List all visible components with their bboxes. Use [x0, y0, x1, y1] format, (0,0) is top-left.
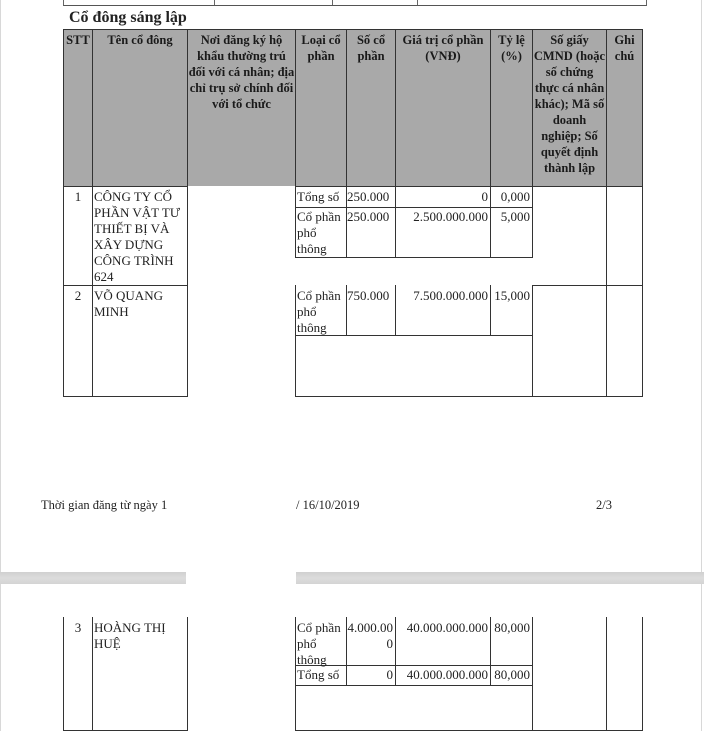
row-id-number	[532, 186, 607, 286]
header-stt: STT	[63, 29, 93, 187]
share-count: 4.000.000	[346, 617, 396, 666]
redacted-address-column	[188, 584, 295, 731]
share-ratio: 80,000	[490, 617, 533, 666]
row-id-number	[532, 285, 607, 397]
redacted-address-column	[188, 186, 295, 398]
header-address: Nơi đăng ký hộ khẩu thường trú đối với c…	[187, 29, 296, 187]
share-value: 0	[395, 186, 491, 208]
row-filler	[295, 685, 533, 731]
page-number: 2/3	[596, 498, 612, 513]
share-value: 2.500.000.000	[395, 207, 491, 258]
header-share-value: Giá trị cổ phần (VNĐ)	[395, 29, 491, 187]
header-id-number: Số giấy CMND (hoặc số chứng thực cá nhân…	[532, 29, 607, 187]
share-count: 250.000	[346, 207, 396, 258]
share-type: Tổng số	[295, 665, 347, 686]
previous-table-remnant	[63, 0, 647, 6]
page-border-right	[701, 0, 702, 731]
row-stt: 2	[63, 285, 93, 397]
page-separator	[296, 572, 704, 584]
header-note: Ghi chú	[606, 29, 643, 187]
share-value: 7.500.000.000	[395, 285, 491, 336]
row-shareholder-name: HOÀNG THỊ HUỆ	[92, 617, 188, 731]
share-ratio: 15,000	[490, 285, 533, 336]
share-type: Cổ phần phổ thông	[295, 617, 347, 666]
footer-posting-period: Thời gian đăng từ ngày 1	[41, 498, 167, 513]
share-count: 750.000	[346, 285, 396, 336]
row-stt: 3	[63, 617, 93, 731]
header-shareholder-name: Tên cổ đông	[92, 29, 188, 187]
share-value: 40.000.000.000	[395, 665, 491, 686]
footer-date: / 16/10/2019	[296, 498, 360, 513]
row-stt: 1	[63, 186, 93, 286]
share-type: Cổ phần phổ thông	[295, 285, 347, 336]
page-separator	[0, 572, 186, 584]
share-count: 0	[346, 665, 396, 686]
share-value: 40.000.000.000	[395, 617, 491, 666]
share-type: Cổ phần phổ thông	[295, 207, 347, 258]
row-shareholder-name: CÔNG TY CỔ PHẦN VẬT TƯ THIẾT BỊ VÀ XÂY D…	[92, 186, 188, 286]
row-filler	[295, 335, 533, 397]
header-ratio: Tỷ lệ (%)	[490, 29, 533, 187]
share-ratio: 80,000	[490, 665, 533, 686]
section-title: Cổ đông sáng lập	[69, 9, 187, 27]
page-border-left	[0, 0, 1, 731]
header-share-count: Số cổ phần	[346, 29, 396, 187]
row-shareholder-name: VÕ QUANG MINH	[92, 285, 188, 397]
share-count: 250.000	[346, 186, 396, 208]
row-id-number	[532, 617, 607, 731]
share-type: Tổng số	[295, 186, 347, 208]
row-note	[606, 186, 643, 286]
header-share-type: Loại cổ phần	[295, 29, 347, 187]
share-ratio: 0,000	[490, 186, 533, 208]
row-note	[606, 285, 643, 397]
share-ratio: 5,000	[490, 207, 533, 258]
row-note	[606, 617, 643, 731]
